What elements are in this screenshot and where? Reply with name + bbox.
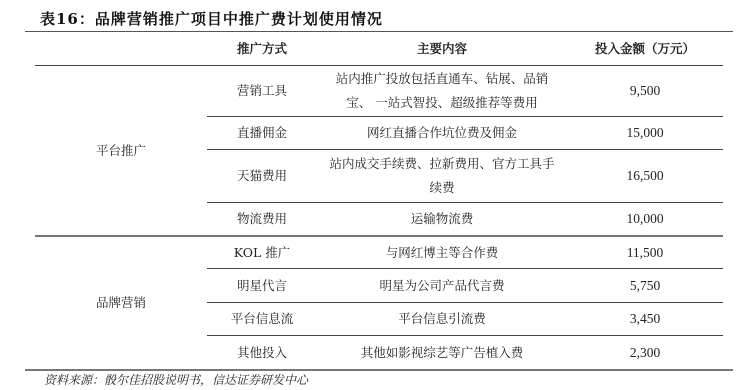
row-content: 站内成交手续费、拉新费用、官方工具手续费 <box>327 150 557 202</box>
table-title: 表16：品牌营销推广项目中推广费计划使用情况 <box>40 8 383 29</box>
row-amount: 15,000 <box>567 117 723 149</box>
group-label-brand: 品牌营销 <box>35 237 207 369</box>
header-amount: 投入金额（万元） <box>567 33 723 65</box>
row-method: 明星代言 <box>207 269 317 302</box>
row-amount: 16,500 <box>567 150 723 202</box>
row-content: 明星为公司产品代言费 <box>317 269 567 302</box>
row-content: 网红直播合作坑位费及佣金 <box>317 117 567 149</box>
header-method: 推广方式 <box>207 33 317 65</box>
row-content: 其他如影视综艺等广告植入费 <box>317 336 567 369</box>
row-amount: 5,750 <box>567 269 723 302</box>
row-content: 与网红博主等合作费 <box>317 237 567 268</box>
row-content: 平台信息引流费 <box>317 303 567 335</box>
group-label-platform: 平台推广 <box>35 66 207 235</box>
row-amount: 11,500 <box>567 237 723 268</box>
row-method: 营销工具 <box>207 66 317 116</box>
row-amount: 2,300 <box>567 336 723 369</box>
row-content: 站内推广投放包括直通车、钻展、品销宝、 一站式智投、超级推荐等费用 <box>327 66 557 116</box>
row-method: 其他投入 <box>207 336 317 369</box>
title-rule <box>25 31 733 32</box>
row-method: 平台信息流 <box>207 303 317 335</box>
row-amount: 9,500 <box>567 66 723 116</box>
row-content: 运输物流费 <box>317 203 567 235</box>
row-method: KOL 推广 <box>207 237 317 268</box>
source-note: 资料来源：骰尔佳招股说明书，信达证券研发中心 <box>44 371 308 388</box>
row-amount: 10,000 <box>567 203 723 235</box>
row-amount: 3,450 <box>567 303 723 335</box>
header-content: 主要内容 <box>317 33 567 65</box>
row-method: 物流费用 <box>207 203 317 235</box>
row-method: 天猫费用 <box>207 150 317 202</box>
row-method: 直播佣金 <box>207 117 317 149</box>
